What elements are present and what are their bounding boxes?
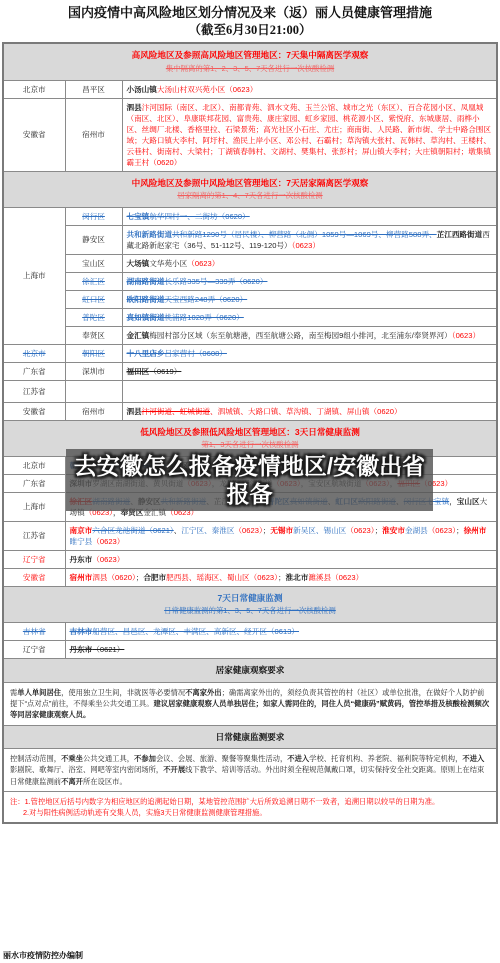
text-segment: 真如镇街道 — [127, 313, 165, 322]
text-segment: 不参加 — [134, 754, 156, 763]
text-segment: 宝山区 — [457, 497, 480, 506]
table-row: 静安区共和新路街道共和新路1290号（居民楼）、柳营路（北侧）1059号—106… — [3, 225, 497, 254]
text-segment: （0623） — [331, 573, 363, 582]
section-subtitle: 集中隔离的第1、2、3、5、7天各进行一次核酸检测 — [6, 64, 494, 75]
table-row: 安徽省宿州市泗县汴河国际（南区、北区）、南都青苑、泗水文苑、玉兰公馆、城市之光（… — [3, 98, 497, 171]
text-segment: 上海市 — [23, 502, 46, 511]
text-segment: ； — [456, 526, 464, 535]
section-title: 居家健康观察要求 — [6, 664, 494, 676]
text-segment: 公共交通工具， — [83, 754, 134, 763]
table-row: 普陀区真如镇街道桃浦路1028弄（0620） — [3, 308, 497, 326]
section-header: 日常健康监测要求 — [3, 725, 497, 748]
text-segment: 共和新路街道 — [127, 230, 173, 239]
table-cell: 北京市 — [3, 80, 65, 98]
table-cell: 闵行区 — [65, 207, 122, 225]
table-cell: 七宝镇航华四村一、二街坊（0620） — [122, 207, 497, 225]
text-segment: 注：1.管控地区后括号内数字为相应地区的追溯起始日期，某地管控范围扩大后所致追溯… — [10, 796, 490, 807]
text-segment: 影剧院、歌舞厅、浴室、网吧等室内密闭场所， — [10, 765, 163, 774]
text-segment: 吉林市 — [70, 627, 93, 636]
text-segment: ； — [278, 573, 286, 582]
section-subtitle: 日常健康监测的第1、3、5、7天各进行一次核酸检测 — [6, 606, 494, 617]
section-header: 高风险地区及参照高风险地区管理地区：7天集中隔离医学观察集中隔离的第1、2、3、… — [3, 43, 497, 80]
text-segment: 长乐路335号—339弄（0620） — [164, 277, 267, 286]
table-cell: 江苏省 — [3, 380, 65, 402]
section-title: 7天日常健康监测 — [6, 592, 494, 604]
text-segment: （0623） — [187, 259, 219, 268]
table-cell: 朝阳区 — [65, 344, 122, 362]
text-segment: 北京市 — [23, 461, 46, 470]
text-segment: 宿州市 — [70, 573, 93, 582]
text-segment: （0620） — [370, 407, 402, 416]
text-segment: （0623） — [92, 537, 124, 546]
table-row: 安徽省宿州市泗县汴河街道、虹城街道、泗城镇、大路口镇、草沟镇、丁湖镇、屏山镇（0… — [3, 402, 497, 420]
table-cell: 安徽省 — [3, 568, 65, 586]
text-segment: 金湖县 — [405, 526, 428, 535]
table-cell: 奉贤区 — [65, 326, 122, 344]
text-segment: 六合区龙池街道（0621） — [92, 526, 173, 535]
table-row: 虹口区欧阳路街道天宝西路248弄（0620） — [3, 290, 497, 308]
text-segment: 奉贤区 — [82, 331, 105, 340]
text-segment: 辽宁省 — [23, 555, 46, 564]
text-segment: （0621） — [92, 645, 124, 654]
text-segment: ，使用独立卫生间，非就医等必要情况 — [61, 688, 185, 697]
text-segment: （0623） — [452, 331, 480, 340]
text-segment: 广东省 — [23, 367, 46, 376]
table-cell: 广东省 — [3, 474, 65, 492]
table-row: 奉贤区金汇镇梅园村部分区域（东至航塘港，西至航塘公路，南至梅园9组小排河，北至浦… — [3, 326, 497, 344]
text-segment: 会议、会展、旅游、聚餐等聚集性活动， — [156, 754, 287, 763]
table-cell: 控制活动范围，不乘坐公共交通工具，不参加会议、会展、旅游、聚餐等聚集性活动，不进… — [3, 748, 497, 791]
table-cell: 虹口区 — [65, 290, 122, 308]
text-segment: 不开展 — [163, 765, 185, 774]
table-cell: 普陀区 — [65, 308, 122, 326]
text-segment: 控制活动范围， — [10, 754, 61, 763]
table-cell: 丹东市（0623） — [65, 550, 497, 568]
document-title-line1: 国内疫情中高风险地区划分情况及来（返）丽人员健康管理措施 — [0, 4, 500, 22]
text-segment: （0623） — [292, 241, 320, 250]
text-segment: 船营区、昌邑区、龙潭区、丰满区、高新区、经开区（0613） — [92, 627, 299, 636]
text-segment: 小汤山镇 — [127, 85, 157, 94]
table-cell: 北京市 — [3, 344, 65, 362]
risk-table: 高风险地区及参照高风险地区管理地区：7天集中隔离医学观察集中隔离的第1、2、3、… — [2, 42, 498, 824]
section-header-row: 高风险地区及参照高风险地区管理地区：7天集中隔离医学观察集中隔离的第1、2、3、… — [3, 43, 497, 80]
table-cell: 深圳市 — [65, 362, 122, 380]
text-segment: 徐汇区 — [82, 277, 105, 286]
text-segment: 天宝西路248弄（0620） — [164, 295, 247, 304]
table-cell — [122, 380, 497, 402]
section-header-row: 居家健康观察要求 — [3, 659, 497, 682]
table-cell: 辽宁省 — [3, 641, 65, 659]
watermark-overlay: 去安徽怎么报备疫情地区/安徽出省报备 — [66, 449, 433, 511]
table-cell: 大场镇文华苑小区（0623） — [122, 254, 497, 272]
table-row: 安徽省宿州市泗县（0620）；合肥市肥西县、瑶海区、蜀山区（0623）；淮北市濉… — [3, 568, 497, 586]
table-row: 上海市闵行区七宝镇航华四村一、二街坊（0620） — [3, 207, 497, 225]
table-row: 注：1.管控地区后括号内数字为相应地区的追溯起始日期，某地管控范围扩大后所致追溯… — [3, 791, 497, 823]
table-cell: 宿州市 — [65, 98, 122, 171]
text-segment: 无锡市 — [270, 526, 293, 535]
risk-table-body: 高风险地区及参照高风险地区管理地区：7天集中隔离医学观察集中隔离的第1、2、3、… — [3, 43, 497, 823]
text-segment: 淮北市 — [286, 573, 309, 582]
table-cell: 江苏省 — [3, 521, 65, 550]
table-cell: 吉林市船营区、昌邑区、龙潭区、丰满区、高新区、经开区（0613） — [65, 623, 497, 641]
text-segment: 不进入 — [462, 754, 484, 763]
section-header: 居家健康观察要求 — [3, 659, 497, 682]
text-segment: 共和新路1290号（居民楼）、柳营路（北侧）1059号—1069号、柳营路588… — [172, 230, 437, 239]
text-segment: 新吴区、锡山区 — [293, 526, 346, 535]
table-cell: 金汇镇梅园村部分区域（东至航塘港，西至航塘公路，南至梅园9组小排河，北至浦东/奉… — [122, 326, 497, 344]
text-segment: （0619） — [149, 367, 181, 376]
table-cell: 静安区 — [65, 225, 122, 254]
section-header-row: 7天日常健康监测日常健康监测的第1、3、5、7天各进行一次核酸检测 — [3, 586, 497, 622]
text-segment: 大场镇 — [127, 259, 150, 268]
text-segment: 芷江西路街道 — [437, 230, 483, 239]
text-segment: 南京市 — [70, 526, 93, 535]
table-cell: 需单人单间居住，使用独立卫生间，非就医等必要情况不离家外出；确需离家外出的，须经… — [3, 682, 497, 725]
table-row: 江苏省南京市六合区龙池街道（0621）、江宁区、秦淮区（0623）；无锡市新吴区… — [3, 521, 497, 550]
text-segment: （0623） — [250, 573, 278, 582]
text-segment: ， — [449, 497, 457, 506]
text-segment: 不离家外出 — [185, 688, 221, 697]
text-segment: 单人单间居住 — [17, 688, 61, 697]
table-cell: 宿州市泗县（0620）；合肥市肥西县、瑶海区、蜀山区（0623）；淮北市濉溪县（… — [65, 568, 497, 586]
table-cell: 小汤山镇大汤山村双兴苑小区（0623） — [122, 80, 497, 98]
text-segment: 十八里店乡 — [127, 349, 165, 358]
text-segment: 欧阳路街道 — [127, 295, 165, 304]
text-segment: 不乘坐 — [61, 754, 83, 763]
table-cell: 注：1.管控地区后括号内数字为相应地区的追溯起始日期，某地管控范围扩大后所致追溯… — [3, 791, 497, 823]
text-segment: 北京市 — [23, 349, 46, 358]
section-header-row: 中风险地区及参照中风险地区管理地区：7天居家隔离医学观察居家隔离的第1、4、7天… — [3, 171, 497, 207]
text-segment: 吉林省 — [23, 627, 46, 636]
text-segment: 泗县 — [127, 103, 142, 112]
text-segment: 朝阳区 — [82, 349, 105, 358]
text-segment: 不离开 — [61, 777, 83, 786]
table-cell: 湖南路街道长乐路335号—339弄（0620） — [122, 272, 497, 290]
section-title: 中风险地区及参照中风险地区管理地区：7天居家隔离医学观察 — [6, 177, 494, 189]
text-segment: 安徽省 — [23, 573, 46, 582]
text-segment: 淮安市 — [382, 526, 405, 535]
table-row: 需单人单间居住，使用独立卫生间，非就医等必要情况不离家外出；确需离家外出的，须经… — [3, 682, 497, 725]
text-segment: 2.对与阳性病例活动轨迹有交集人员，实施3天日常健康监测健康管理措施。 — [10, 807, 490, 818]
table-cell: 丹东市（0621） — [65, 641, 497, 659]
section-subtitle: 居家隔离的第1、4、7天各进行一次核酸检测 — [6, 191, 494, 202]
table-cell: 上海市 — [3, 492, 65, 521]
text-segment: （0623） — [92, 555, 124, 564]
table-cell: 南京市六合区龙池街道（0621）、江宁区、秦淮区（0623）；无锡市新吴区、锡山… — [65, 521, 497, 550]
table-row: 广东省深圳市福田区（0619） — [3, 362, 497, 380]
table-row: 吉林省吉林市船营区、昌邑区、龙潭区、丰满区、高新区、经开区（0613） — [3, 623, 497, 641]
text-segment: 合肥市 — [143, 573, 166, 582]
text-segment: 昌平区 — [82, 85, 105, 94]
text-segment: 泗县 — [127, 407, 142, 416]
table-row: 北京市昌平区小汤山镇大汤山村双兴苑小区（0623） — [3, 80, 497, 98]
text-segment: 深圳市 — [82, 367, 105, 376]
text-segment: 虹口区 — [82, 295, 105, 304]
text-segment: 江苏省 — [23, 531, 46, 540]
text-segment: 肥西县、瑶海区、蜀山区 — [166, 573, 250, 582]
table-cell: 共和新路街道共和新路1290号（居民楼）、柳营路（北侧）1059号—1069号、… — [122, 225, 497, 254]
table-cell: 昌平区 — [65, 80, 122, 98]
document-page: 国内疫情中高风险地区划分情况及来（返）丽人员健康管理措施 （截至6月30日21:… — [0, 0, 500, 963]
section-title: 低风险地区及参照低风险地区管理地区：3天日常健康监测 — [6, 426, 494, 438]
text-segment: （0623） — [346, 526, 374, 535]
text-segment: 闵行区 — [82, 212, 105, 221]
text-segment: 福田区 — [127, 367, 150, 376]
text-segment: 江宁区、秦淮区 — [181, 526, 234, 535]
watermark-text: 去安徽怎么报备疫情地区/安徽出省报备 — [66, 452, 433, 508]
table-cell: 安徽省 — [3, 98, 65, 171]
document-title-line2: （截至6月30日21:00） — [0, 22, 500, 39]
table-row: 控制活动范围，不乘坐公共交通工具，不参加会议、会展、旅游、聚餐等聚集性活动，不进… — [3, 748, 497, 791]
table-cell: 泗县汴河国际（南区、北区）、南都青苑、泗水文苑、玉兰公馆、城市之光（东区）、百合… — [122, 98, 497, 171]
table-cell: 吉林省 — [3, 623, 65, 641]
table-cell: 北京市 — [3, 456, 65, 474]
text-segment: 静安区 — [82, 235, 105, 244]
section-header: 7天日常健康监测日常健康监测的第1、3、5、7天各进行一次核酸检测 — [3, 586, 497, 622]
table-row: 宝山区大场镇文华苑小区（0623） — [3, 254, 497, 272]
text-segment: 七宝镇 — [127, 212, 150, 221]
text-segment: 湖南路街道 — [127, 277, 165, 286]
text-segment: 北京市 — [23, 85, 46, 94]
text-segment: 丹东市 — [70, 555, 93, 564]
text-segment: 江苏省 — [23, 387, 46, 396]
table-row: 江苏省 — [3, 380, 497, 402]
text-segment: 、泗城镇、大路口镇、草沟镇、丁湖镇、屏山镇 — [210, 407, 369, 416]
table-row: 徐汇区湖南路街道长乐路335号—339弄（0620） — [3, 272, 497, 290]
text-segment: 普陀区 — [82, 313, 105, 322]
text-segment: 宿州市 — [82, 130, 105, 139]
table-row: 辽宁省丹东市（0623） — [3, 550, 497, 568]
table-cell: 安徽省 — [3, 402, 65, 420]
table-cell: 泗县汴河街道、虹城街道、泗城镇、大路口镇、草沟镇、丁湖镇、屏山镇（0620） — [122, 402, 497, 420]
text-segment: 桃浦路1028弄（0620） — [164, 313, 243, 322]
table-row: 辽宁省丹东市（0621） — [3, 641, 497, 659]
text-segment: 大汤山村双兴苑小区 — [157, 85, 225, 94]
text-segment: 徐州市 — [464, 526, 487, 535]
text-segment: （0620） — [107, 573, 135, 582]
text-segment: 宿州市 — [82, 407, 105, 416]
text-segment: 宝山区 — [82, 259, 105, 268]
text-segment: （0623） — [428, 526, 456, 535]
table-cell: 徐汇区 — [65, 272, 122, 290]
text-segment: 汴河国际（南区、北区）、南都青苑、泗水文苑、玉兰公馆、城市之光（东区）、百合花园… — [127, 103, 492, 167]
table-cell: 广东省 — [3, 362, 65, 380]
text-segment: 不进入 — [287, 754, 309, 763]
footer-credit: 丽水市疫情防控办编制 — [3, 950, 83, 961]
text-segment: 金汇镇 — [127, 331, 150, 340]
table-cell: 宿州市 — [65, 402, 122, 420]
text-segment: 所在设区市。 — [83, 777, 127, 786]
text-segment: 泗县 — [92, 573, 107, 582]
table-cell: 福田区（0619） — [122, 362, 497, 380]
text-segment: 梅园村部分区域（东至航塘港，西至航塘公路，南至梅园9组小排河，北至浦东/奉贤界河… — [149, 331, 452, 340]
text-segment: 吕家营村（0608） — [164, 349, 226, 358]
section-title: 高风险地区及参照高风险地区管理地区：7天集中隔离医学观察 — [6, 49, 494, 61]
text-segment: （0623） — [234, 526, 262, 535]
text-segment: （0623） — [225, 85, 257, 94]
table-cell: 上海市 — [3, 207, 65, 344]
table-row: 北京市朝阳区十八里店乡吕家营村（0608） — [3, 344, 497, 362]
text-segment: 辽宁省 — [23, 645, 46, 654]
text-segment: 航华四村一、二街坊（0620） — [149, 212, 249, 221]
table-cell — [65, 380, 122, 402]
document-title: 国内疫情中高风险地区划分情况及来（返）丽人员健康管理措施 （截至6月30日21:… — [0, 0, 500, 38]
section-header: 中风险地区及参照中风险地区管理地区：7天居家隔离医学观察居家隔离的第1、4、7天… — [3, 171, 497, 207]
text-segment: 汴河街道、虹城街道 — [142, 407, 210, 416]
text-segment: 上海市 — [23, 271, 46, 280]
section-header-row: 日常健康监测要求 — [3, 725, 497, 748]
table-cell: 十八里店乡吕家营村（0608） — [122, 344, 497, 362]
text-segment: 文华苑小区 — [149, 259, 187, 268]
table-cell: 辽宁省 — [3, 550, 65, 568]
table-cell: 宝山区 — [65, 254, 122, 272]
text-segment: 睢宁县 — [70, 537, 93, 546]
table-cell: 真如镇街道桃浦路1028弄（0620） — [122, 308, 497, 326]
text-segment: 安徽省 — [23, 407, 46, 416]
text-segment: 学校、托育机构、养老院、福利院等特定机构， — [309, 754, 462, 763]
text-segment: 安徽省 — [23, 130, 46, 139]
section-title: 日常健康监测要求 — [6, 731, 494, 743]
text-segment: 广东省 — [23, 479, 46, 488]
text-segment: 濉溪县 — [308, 573, 331, 582]
text-segment: 丹东市 — [70, 645, 93, 654]
table-cell: 欧阳路街道天宝西路248弄（0620） — [122, 290, 497, 308]
